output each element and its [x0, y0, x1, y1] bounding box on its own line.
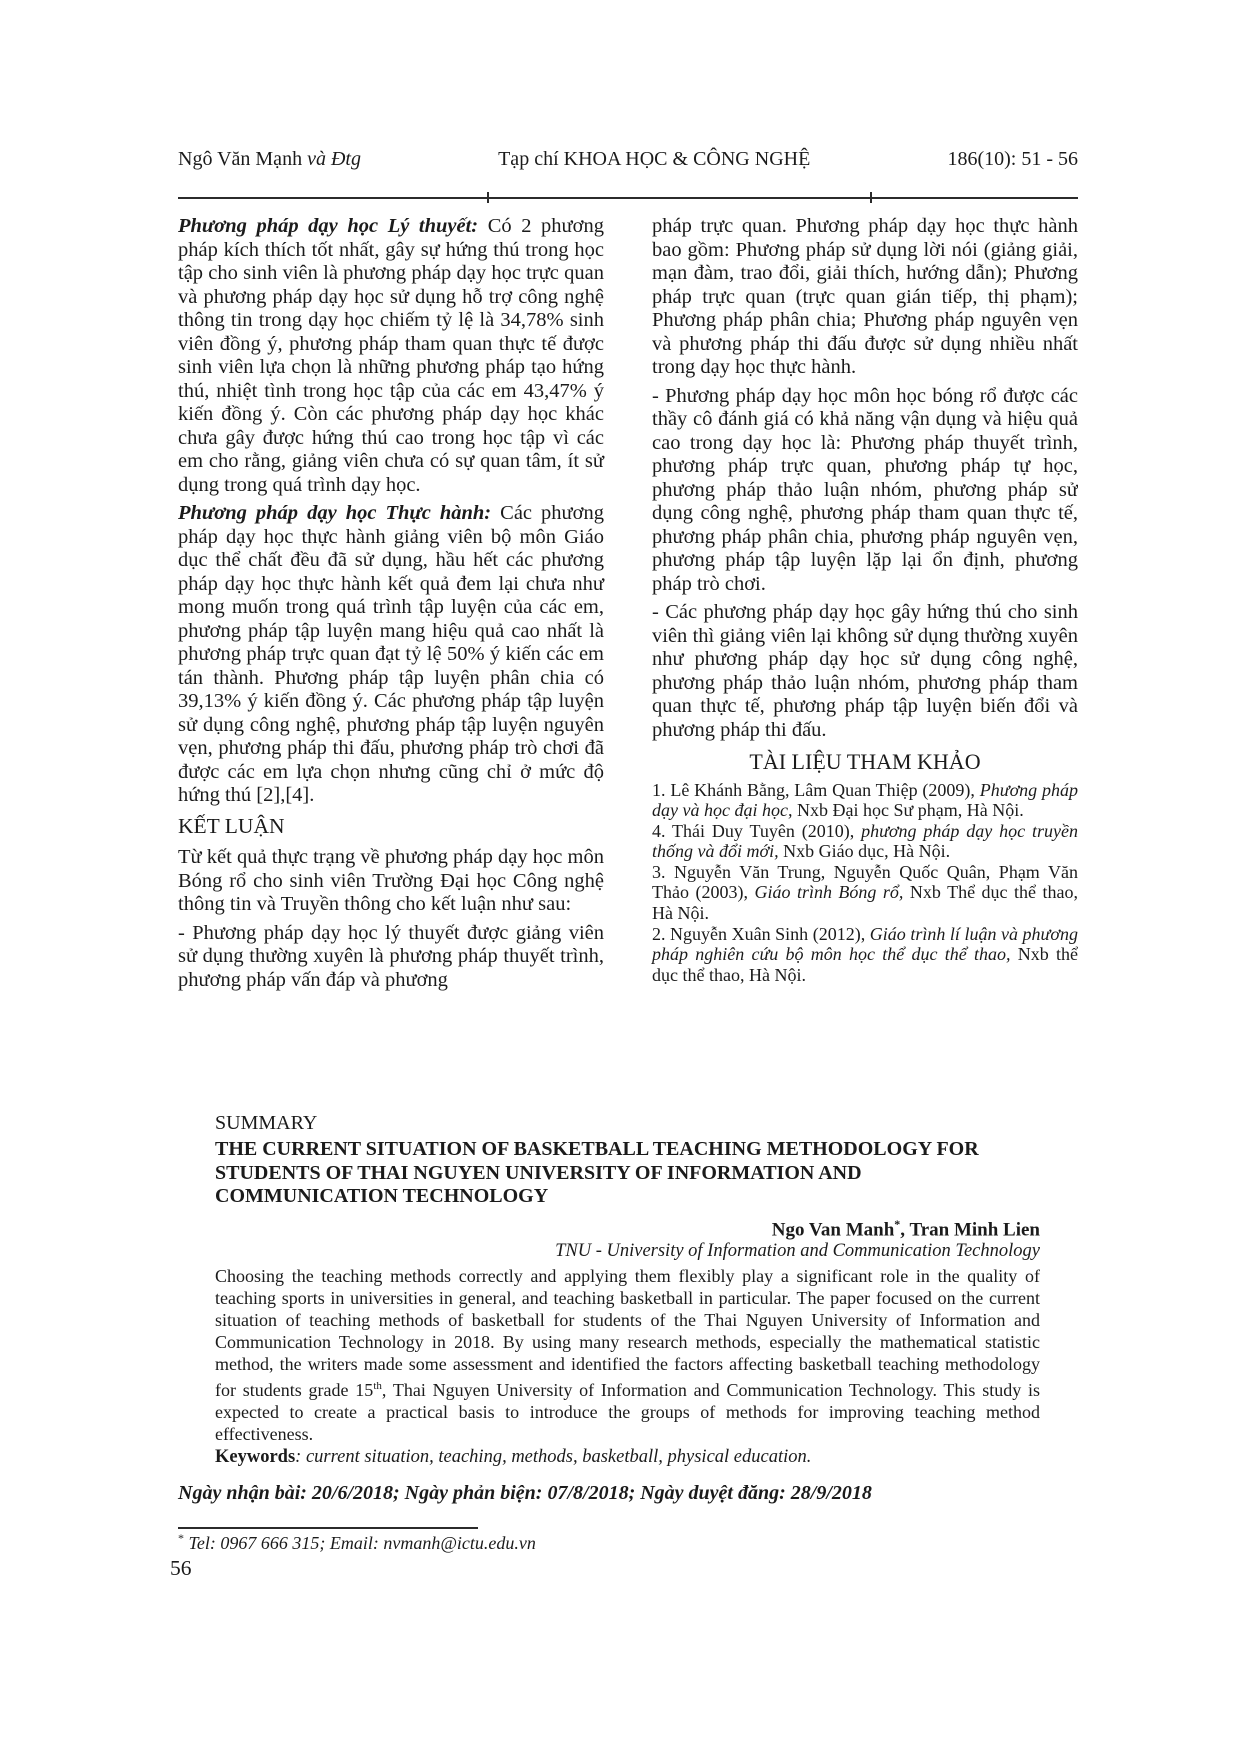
footnote-text: Tel: 0967 666 315; Email: nvmanh@ictu.ed…	[189, 1533, 536, 1553]
reference-publisher: Nxb Đại học Sư phạm, Hà Nội.	[792, 800, 1023, 820]
reference-authors: 1. Lê Khánh Bằng, Lâm Quan Thiệp (2009),	[652, 780, 980, 800]
paragraph-lead: Phương pháp dạy học Thực hành:	[178, 502, 491, 524]
dates-line: Ngày nhận bài: 20/6/2018; Ngày phản biện…	[178, 1482, 1078, 1505]
paragraph-theory-methods: Phương pháp dạy học Lý thuyết: Có 2 phươ…	[178, 215, 604, 497]
summary-title-line: STUDENTS OF THAI NGUYEN UNIVERSITY OF IN…	[215, 1162, 1040, 1186]
conclusion-heading: KẾT LUẬN	[178, 815, 604, 839]
main-content: Ngô Văn Mạnh và Đtg Tạp chí KHOA HỌC & C…	[178, 148, 1078, 1115]
header-rule-tick	[870, 192, 872, 203]
reference-item: 3. Nguyễn Văn Trung, Nguyễn Quốc Quân, P…	[652, 862, 1078, 924]
paragraph-lead: Phương pháp dạy học Lý thuyết:	[178, 215, 478, 237]
two-column-body: Phương pháp dạy học Lý thuyết: Có 2 phươ…	[178, 215, 1078, 1115]
footnote-rule	[178, 1527, 478, 1529]
summary-title: THE CURRENT SITUATION OF BASKETBALL TEAC…	[215, 1138, 1040, 1209]
reference-publisher: Nxb Giáo dục, Hà Nội.	[779, 841, 950, 861]
footnote: * Tel: 0967 666 315; Email: nvmanh@ictu.…	[178, 1527, 1078, 1554]
running-author: Ngô Văn Mạnh và Đtg	[178, 148, 361, 171]
author-name-second: , Tran Minh Lien	[900, 1219, 1040, 1240]
affiliation: TNU - University of Information and Comm…	[215, 1241, 1040, 1262]
paragraph-practice-detail: pháp trực quan. Phương pháp dạy học thực…	[652, 215, 1078, 380]
reference-authors: 4. Thái Duy Tuyên (2010),	[652, 821, 861, 841]
issue-info: 186(10): 51 - 56	[947, 148, 1078, 171]
paragraph-conclusion-intro: Từ kết quả thực trạng về phương pháp dạy…	[178, 846, 604, 917]
reference-title: Giáo trình Bóng rổ,	[754, 882, 903, 902]
keywords-label: Keywords	[215, 1447, 295, 1467]
summary-section: SUMMARY THE CURRENT SITUATION OF BASKETB…	[178, 1112, 1078, 1554]
paragraph-text: Các phương pháp dạy học thực hành giảng …	[178, 502, 604, 806]
running-author-etal: và Đtg	[307, 148, 361, 170]
paragraph-conclusion-item: - Phương pháp dạy học lý thuyết được giả…	[178, 922, 604, 993]
references-heading: TÀI LIỆU THAM KHẢO	[652, 750, 1078, 774]
left-column: Phương pháp dạy học Lý thuyết: Có 2 phươ…	[178, 215, 604, 1115]
author-name: Ngo Van Manh	[772, 1219, 895, 1240]
reference-item: 2. Nguyễn Xuân Sinh (2012), Giáo trình l…	[652, 924, 1078, 986]
paragraph-text: Có 2 phương pháp kích thích tốt nhất, gâ…	[178, 215, 604, 496]
document-page: Ngô Văn Mạnh và Đtg Tạp chí KHOA HỌC & C…	[0, 0, 1240, 1754]
summary-title-line: THE CURRENT SITUATION OF BASKETBALL TEAC…	[215, 1138, 1040, 1162]
ordinal-superscript: th	[373, 1380, 382, 1392]
keywords-line: Keywords: current situation, teaching, m…	[215, 1447, 1040, 1468]
summary-label: SUMMARY	[215, 1112, 1040, 1135]
right-column: pháp trực quan. Phương pháp dạy học thực…	[652, 215, 1078, 1115]
paragraph-practice-methods: Phương pháp dạy học Thực hành: Các phươn…	[178, 502, 604, 808]
running-author-name: Ngô Văn Mạnh	[178, 148, 307, 170]
paragraph-interest-methods: - Các phương pháp dạy học gây hứng thú c…	[652, 601, 1078, 742]
journal-title: Tạp chí KHOA HỌC & CÔNG NGHỆ	[498, 148, 810, 171]
summary-title-line: COMMUNICATION TECHNOLOGY	[215, 1185, 1040, 1209]
abstract-text: Choosing the teaching methods correctly …	[215, 1265, 1040, 1445]
footnote-marker: *	[178, 1531, 184, 1545]
paragraph-evaluation: - Phương pháp dạy học môn học bóng rổ đư…	[652, 385, 1078, 597]
page-header: Ngô Văn Mạnh và Đtg Tạp chí KHOA HỌC & C…	[178, 148, 1078, 199]
authors-line: Ngo Van Manh*, Tran Minh Lien	[215, 1217, 1040, 1241]
summary-block: SUMMARY THE CURRENT SITUATION OF BASKETB…	[178, 1112, 1078, 1468]
footnote-text-line: * Tel: 0967 666 315; Email: nvmanh@ictu.…	[178, 1531, 1078, 1554]
reference-authors: 2. Nguyễn Xuân Sinh (2012),	[652, 924, 870, 944]
page-number: 56	[170, 1556, 192, 1581]
header-rule-tick	[487, 192, 489, 203]
keywords-text: : current situation, teaching, methods, …	[295, 1447, 811, 1467]
reference-item: 1. Lê Khánh Bằng, Lâm Quan Thiệp (2009),…	[652, 780, 1078, 821]
reference-item: 4. Thái Duy Tuyên (2010), phương pháp dạ…	[652, 821, 1078, 862]
